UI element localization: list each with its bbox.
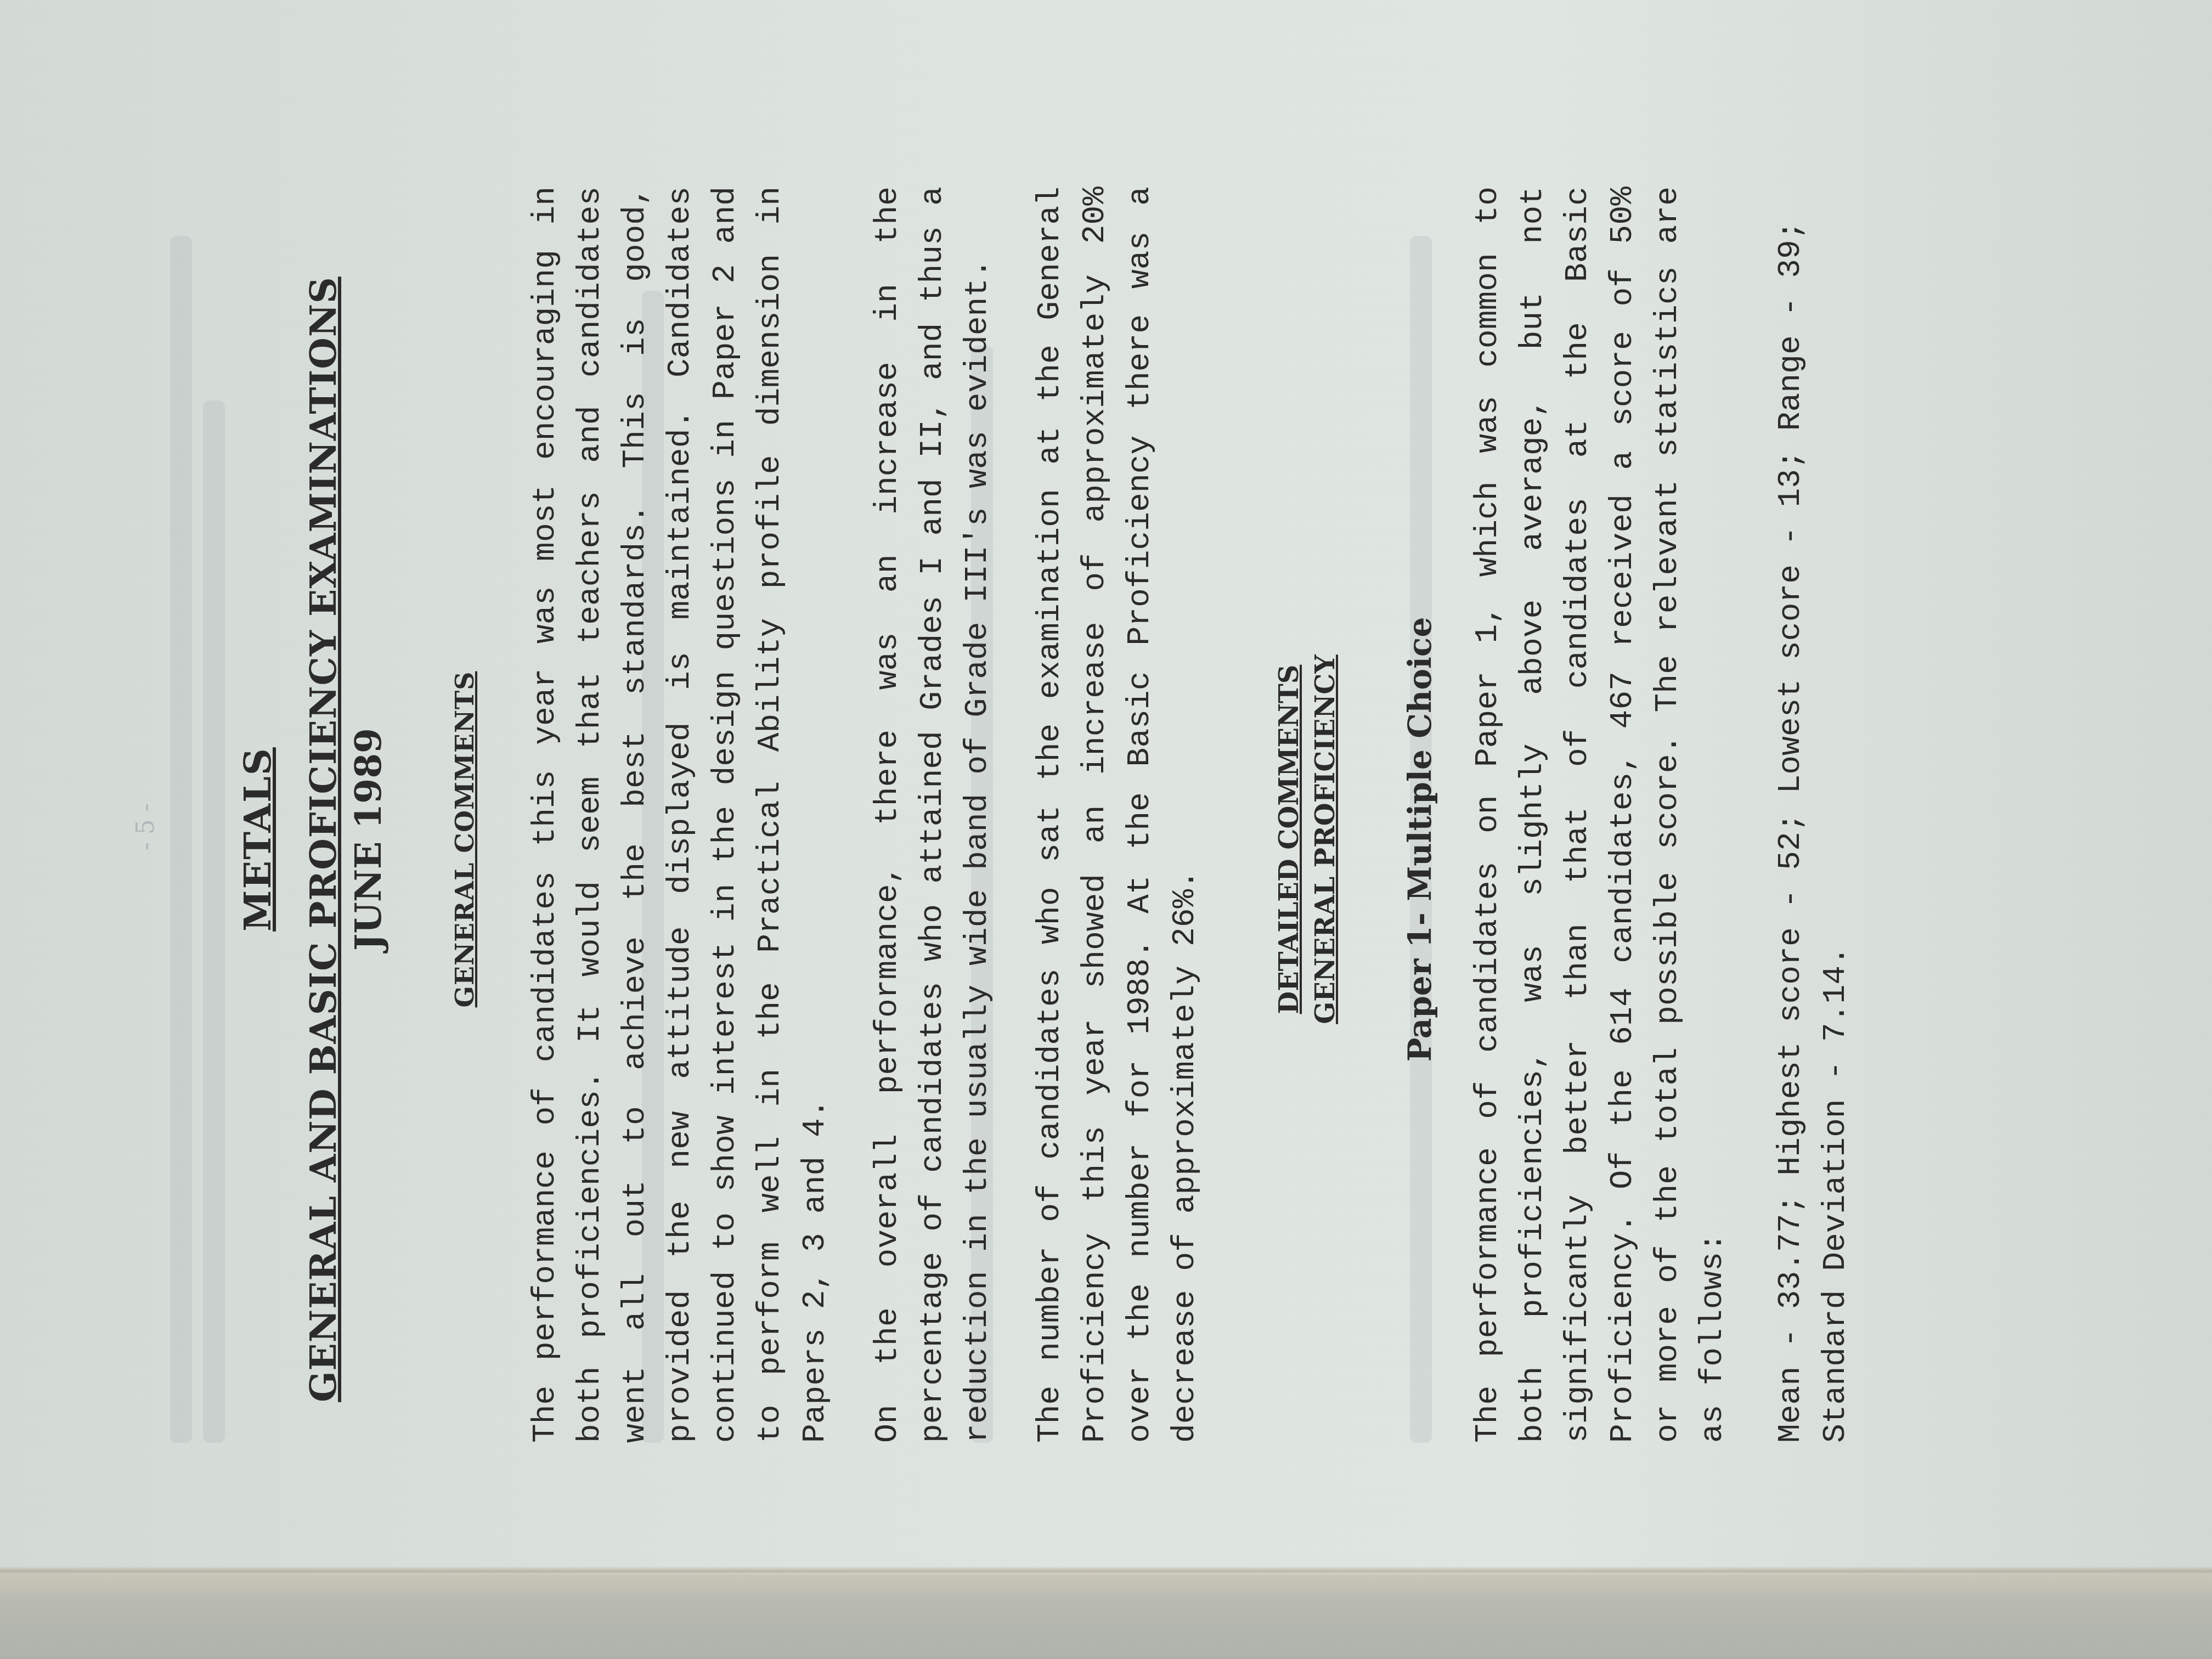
statistics-line-1: Mean - 33.77; Highest score - 52; Lowest… [1769,187,1814,1443]
document-title: GENERAL AND BASIC PROFICIENCY EXAMINATIO… [302,99,345,1580]
general-proficiency-heading: GENERAL PROFICIENCY [1310,99,1341,1580]
paragraph-candidate-numbers: The number of candidates who sat the exa… [1028,187,1208,1443]
paragraph-overall-performance: On the overall performance, there was an… [866,187,1001,1443]
detailed-comments-heading: DETAILED COMMENTS [1274,99,1305,1580]
paper-1-heading: Paper 1- Multiple Choice [1401,99,1438,1580]
general-comments-heading: GENERAL COMMENTS [450,99,479,1580]
page-content: METALS GENERAL AND BASIC PROFICIENCY EXA… [93,99,1859,1580]
binding-edge [0,1575,2212,1659]
statistics-line-2: Standard Deviation - 7.14. [1814,187,1859,1443]
statistics-block: Mean - 33.77; Highest score - 52; Lowest… [1769,187,1859,1443]
paragraph-performance: The performance of candidates this year … [523,187,838,1443]
document-page: - 5 - METALS GENERAL AND BASIC PROFICIEN… [93,99,1904,1580]
subject-title: METALS [236,99,280,1580]
paragraph-paper-1: The performance of candidates on Paper 1… [1466,187,1736,1443]
document-date: JUNE 1989 [347,99,390,1580]
